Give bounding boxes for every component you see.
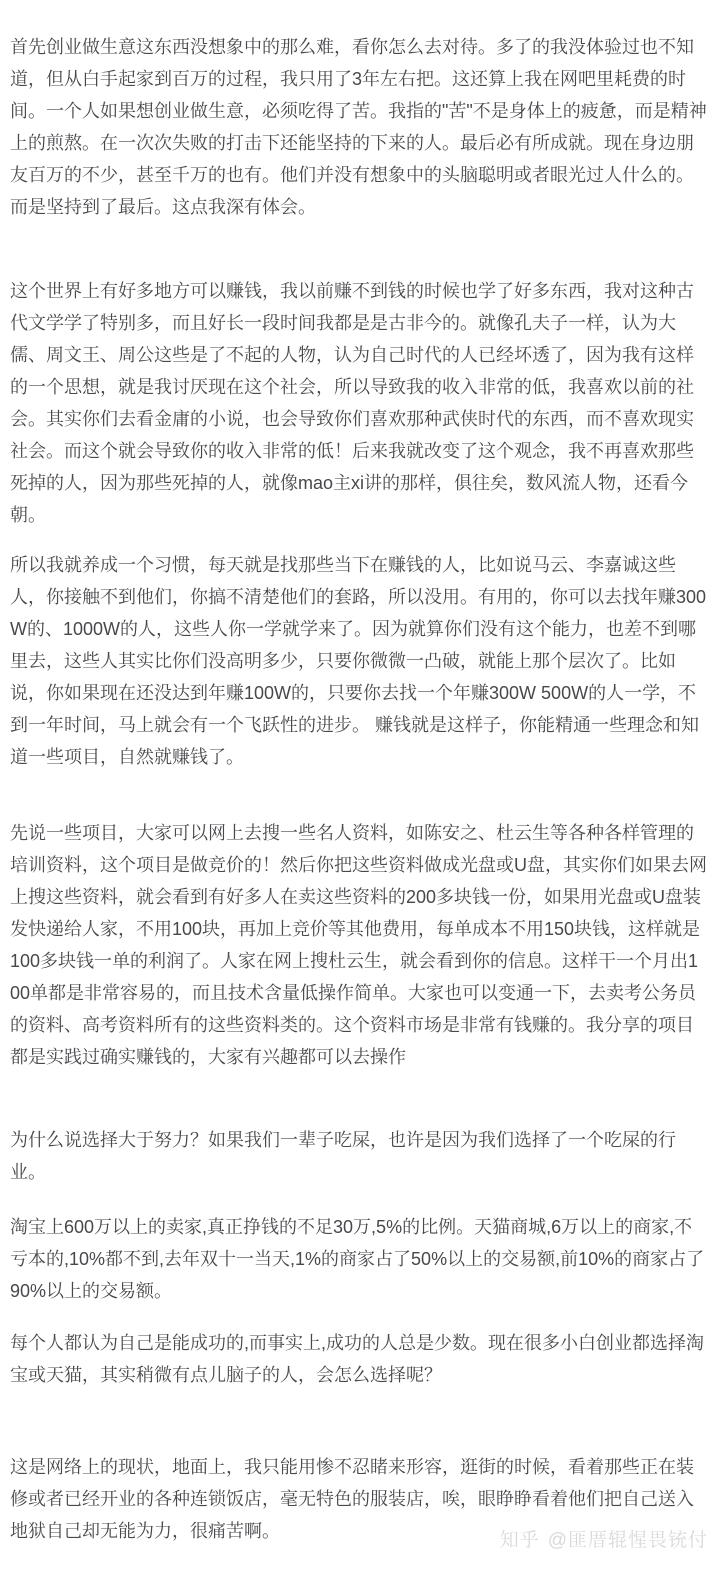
paragraph: 淘宝上600万以上的卖家,真正挣钱的不足30万,5%的比例。天猫商城,6万以上的… [10,1211,708,1307]
paragraph: 这个世界上有好多地方可以赚钱，我以前赚不到钱的时候也学了好多东西，我对这种古代文… [10,275,708,531]
paragraph: 为什么说选择大于努力？如果我们一辈子吃屎，也许是因为我们选择了一个吃屎的行业。 [10,1124,708,1188]
article-body: 首先创业做生意这东西没想象中的那么难，看你怎么去对待。多了的我没体验过也不知道，… [0,0,720,1547]
paragraph: 所以我就养成一个习惯，每天就是找那些当下在赚钱的人，比如说马云、李嘉诚这些人，你… [10,549,708,773]
paragraph: 首先创业做生意这东西没想象中的那么难，看你怎么去对待。多了的我没体验过也不知道，… [10,31,708,223]
watermark-handle: @匪厝辊惺畏铳付 [548,1530,708,1551]
article-page: 首先创业做生意这东西没想象中的那么难，看你怎么去对待。多了的我没体验过也不知道，… [0,0,720,1569]
zhihu-watermark: 知乎@匪厝辊惺畏铳付 [500,1527,708,1555]
paragraph: 每个人都认为自己是能成功的,而事实上,成功的人总是少数。现在很多小白创业都选择淘… [10,1327,708,1391]
watermark-brand: 知乎 [500,1530,540,1551]
paragraph: 先说一些项目，大家可以网上去搜一些名人资料，如陈安之、杜云生等各种各样管理的培训… [10,817,708,1073]
